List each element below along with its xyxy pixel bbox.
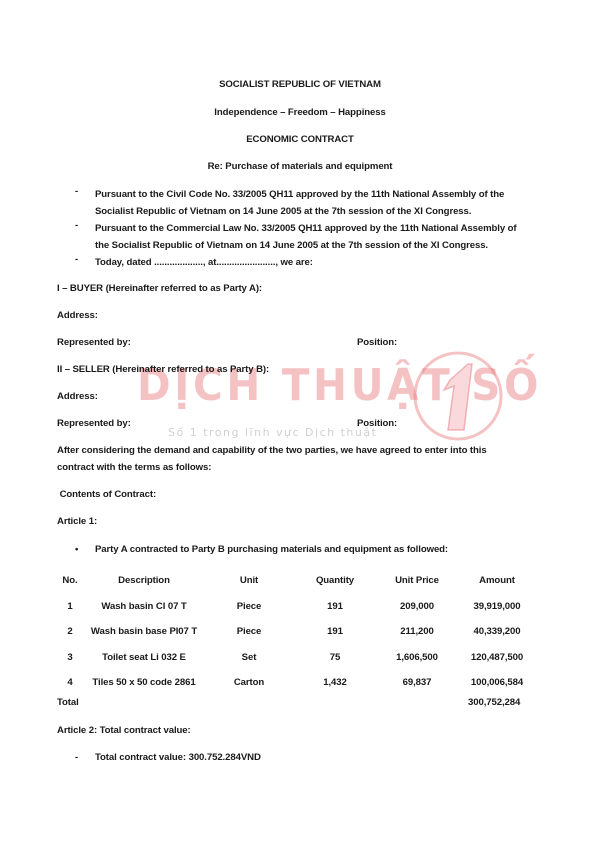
cell-unit: Piece bbox=[204, 619, 294, 645]
watermark-logo-icon bbox=[412, 350, 504, 442]
cell-no: 1 bbox=[56, 594, 84, 620]
cell-description: Toilet seat Li 032 E bbox=[84, 645, 204, 671]
seller-address-label: Address: bbox=[57, 391, 98, 402]
country-heading: SOCIALIST REPUBLIC OF VIETNAM bbox=[0, 79, 600, 90]
cell-quantity: 1,432 bbox=[294, 670, 376, 696]
cell-description: Wash basin CI 07 T bbox=[84, 594, 204, 620]
preamble-text: Pursuant to the Civil Code No. 33/2005 Q… bbox=[95, 186, 504, 220]
buyer-heading: I – BUYER (Hereinafter referred to as Pa… bbox=[57, 283, 262, 294]
cell-amount: 40,339,200 bbox=[458, 619, 536, 645]
buyer-represented-label: Represented by: bbox=[57, 337, 131, 348]
cell-no: 2 bbox=[56, 619, 84, 645]
article1-heading: Article 1: bbox=[57, 516, 97, 527]
col-header-unit: Unit bbox=[204, 568, 294, 594]
cell-quantity: 191 bbox=[294, 619, 376, 645]
col-header-no: No. bbox=[56, 568, 84, 594]
preamble-text: Today, dated ..................., at....… bbox=[95, 254, 313, 271]
table-row: 1 Wash basin CI 07 T Piece 191 209,000 3… bbox=[56, 594, 536, 620]
cell-description: Wash basin base PI07 T bbox=[84, 619, 204, 645]
buyer-position-label: Position: bbox=[357, 337, 397, 348]
total-label: Total bbox=[57, 697, 79, 708]
col-header-amount: Amount bbox=[458, 568, 536, 594]
col-header-unit-price: Unit Price bbox=[376, 568, 458, 594]
preamble-line: Pursuant to the Civil Code No. 33/2005 Q… bbox=[95, 189, 504, 200]
table-row: 4 Tiles 50 x 50 code 2861 Carton 1,432 6… bbox=[56, 670, 536, 696]
subject-line: Re: Purchase of materials and equipment bbox=[0, 161, 600, 172]
preamble-line: the Socialist Republic of Vietnam on 14 … bbox=[95, 240, 488, 251]
agreement-line: After considering the demand and capabil… bbox=[57, 445, 487, 456]
seller-position-label: Position: bbox=[357, 418, 397, 429]
col-header-quantity: Quantity bbox=[294, 568, 376, 594]
article2-heading: Article 2: Total contract value: bbox=[57, 725, 191, 736]
cell-quantity: 75 bbox=[294, 645, 376, 671]
bullet-marker: • bbox=[75, 544, 78, 555]
contract-page: DỊCH THUẬT SỐ Số 1 trong lĩnh vực Dịch t… bbox=[0, 0, 600, 849]
dash-marker: - bbox=[75, 186, 78, 197]
total-value: 300,752,284 bbox=[468, 697, 520, 708]
cell-no: 3 bbox=[56, 645, 84, 671]
cell-description: Tiles 50 x 50 code 2861 bbox=[84, 670, 204, 696]
items-table: No. Description Unit Quantity Unit Price… bbox=[56, 568, 536, 696]
cell-amount: 120,487,500 bbox=[458, 645, 536, 671]
preamble-line: Socialist Republic of Vietnam on 14 June… bbox=[95, 206, 471, 217]
cell-unit: Carton bbox=[204, 670, 294, 696]
buyer-address-label: Address: bbox=[57, 310, 98, 321]
article2-total-text: Total contract value: 300.752.284VND bbox=[95, 752, 261, 763]
dash-marker: - bbox=[75, 220, 78, 231]
table-row: 3 Toilet seat Li 032 E Set 75 1,606,500 … bbox=[56, 645, 536, 671]
article1-bullet-text: Party A contracted to Party B purchasing… bbox=[95, 544, 448, 555]
table-header-row: No. Description Unit Quantity Unit Price… bbox=[56, 568, 536, 594]
cell-amount: 39,919,000 bbox=[458, 594, 536, 620]
preamble-text: Pursuant to the Commercial Law No. 33/20… bbox=[95, 220, 517, 254]
agreement-line: contract with the terms as follows: bbox=[57, 462, 211, 473]
col-header-description: Description bbox=[84, 568, 204, 594]
cell-unit: Set bbox=[204, 645, 294, 671]
cell-unit-price: 211,200 bbox=[376, 619, 458, 645]
contents-heading: Contents of Contract: bbox=[57, 489, 156, 500]
cell-unit-price: 1,606,500 bbox=[376, 645, 458, 671]
seller-represented-label: Represented by: bbox=[57, 418, 131, 429]
cell-unit-price: 209,000 bbox=[376, 594, 458, 620]
cell-quantity: 191 bbox=[294, 594, 376, 620]
table-row: 2 Wash basin base PI07 T Piece 191 211,2… bbox=[56, 619, 536, 645]
preamble-line: Pursuant to the Commercial Law No. 33/20… bbox=[95, 223, 517, 234]
cell-amount: 100,006,584 bbox=[458, 670, 536, 696]
dash-marker: - bbox=[75, 752, 78, 763]
watermark-tagline: Số 1 trong lĩnh vực Dịch thuật bbox=[168, 426, 377, 439]
cell-unit: Piece bbox=[204, 594, 294, 620]
cell-unit-price: 69,837 bbox=[376, 670, 458, 696]
cell-no: 4 bbox=[56, 670, 84, 696]
dash-marker: - bbox=[75, 254, 78, 265]
motto: Independence – Freedom – Happiness bbox=[0, 107, 600, 118]
document-title: ECONOMIC CONTRACT bbox=[0, 134, 600, 145]
seller-heading: II – SELLER (Hereinafter referred to as … bbox=[57, 364, 269, 375]
